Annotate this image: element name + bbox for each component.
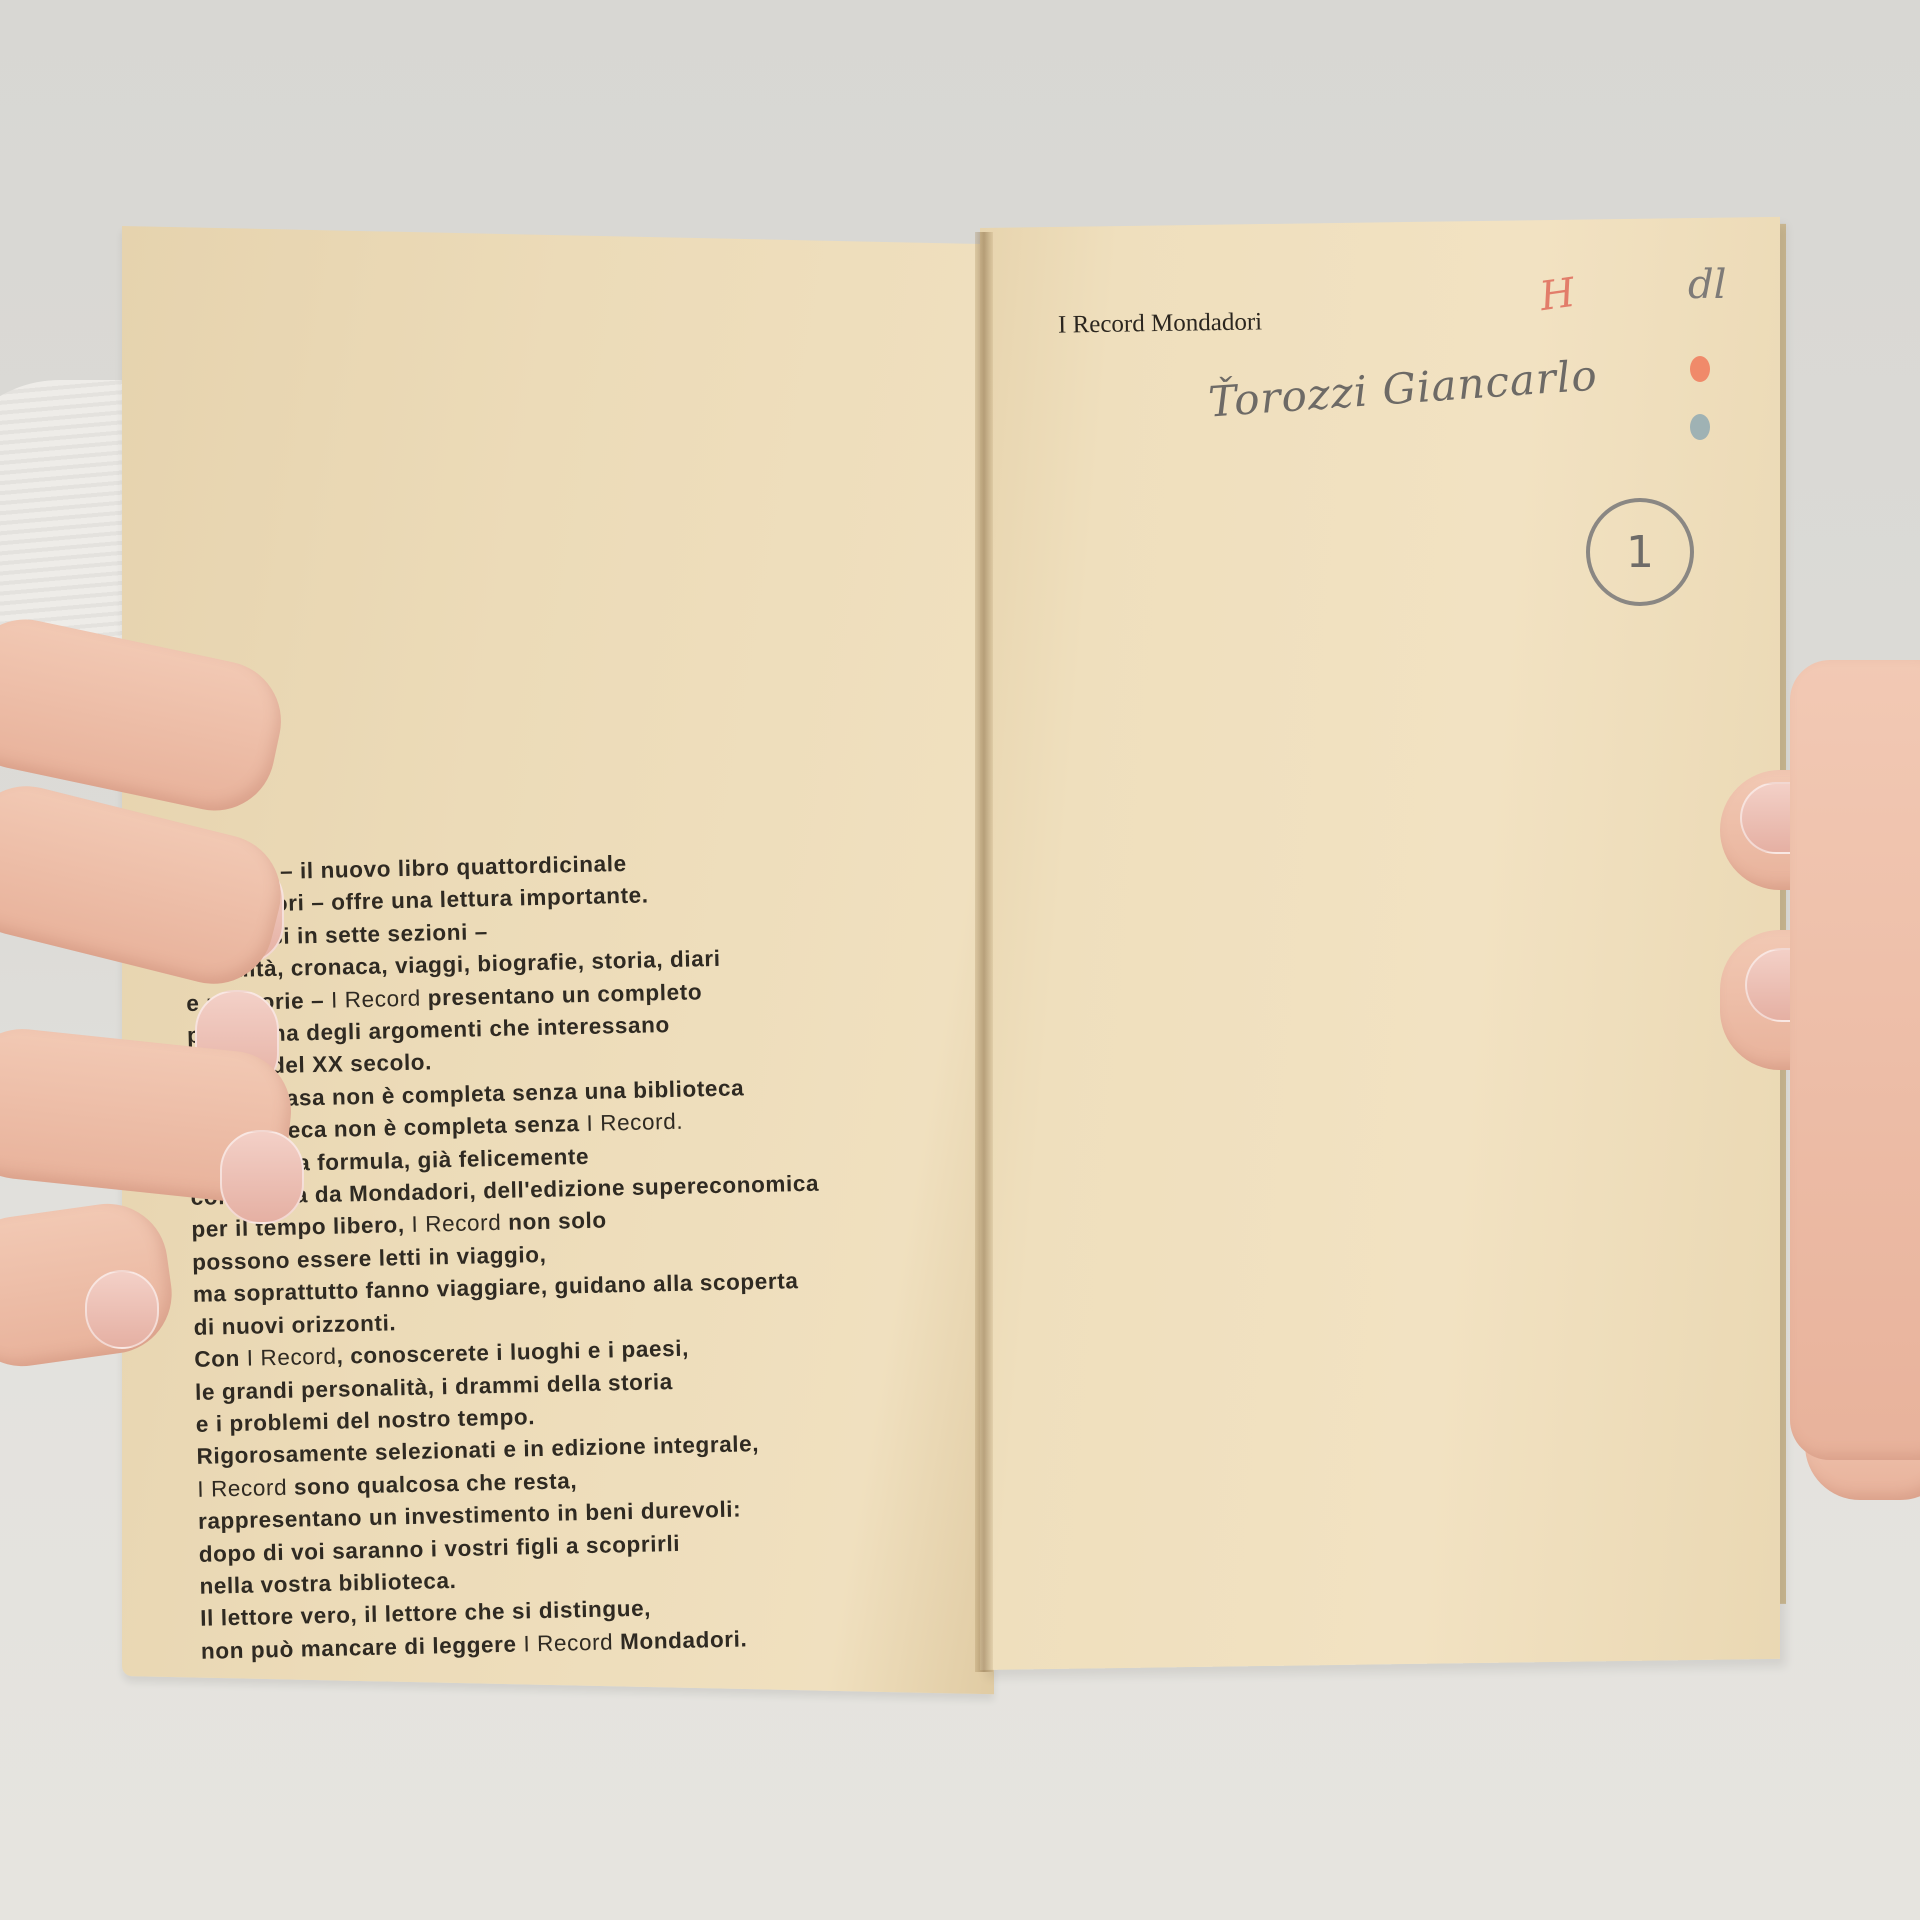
left-fingernail [85, 1270, 159, 1349]
open-book: I Record – il nuovo libro quattordicinal… [0, 0, 1920, 1920]
pencil-initials: dl [1688, 262, 1726, 308]
series-title: I Record Mondadori [1058, 308, 1263, 339]
right-palm [1790, 660, 1920, 1460]
book-gutter [975, 232, 993, 1672]
left-page-text: I Record – il nuovo libro quattordicinal… [183, 841, 961, 1668]
red-pencil-mark: H [1537, 270, 1578, 320]
circled-number-value: 1 [1626, 527, 1654, 578]
left-fingernail [220, 1130, 304, 1224]
blue-dot-mark [1690, 414, 1710, 440]
right-page [980, 217, 1780, 1670]
circled-number: 1 [1586, 498, 1694, 606]
orange-dot-mark [1690, 356, 1710, 382]
